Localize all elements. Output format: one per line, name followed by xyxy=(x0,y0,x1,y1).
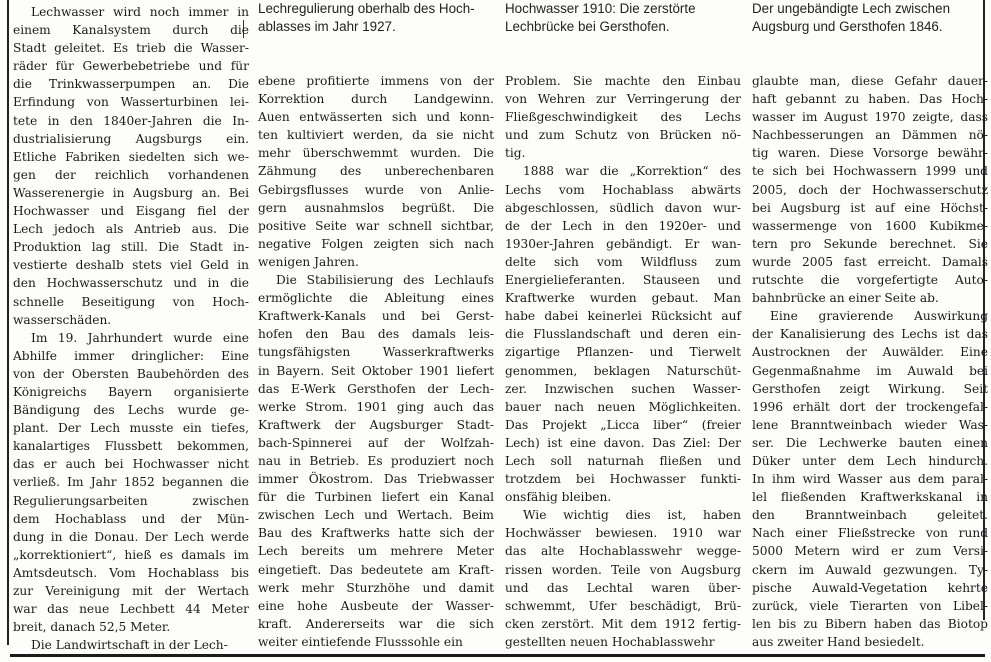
text-line: Wie wichtig dies ist, haben xyxy=(505,506,741,524)
text-line: Etliche Fabriken siedelten sich we- xyxy=(13,148,249,166)
text-line: cken zerstört. Mit dem 1912 fertig- xyxy=(505,615,741,633)
text-line: rissen worden. Teile von Augsburg xyxy=(505,561,741,579)
text-line: eingetieft. Das bedeutete am Kraft- xyxy=(258,561,494,579)
text-line: wasserschäden. xyxy=(13,311,249,329)
caption-line: Der ungebändigte Lech zwischen xyxy=(752,0,988,18)
text-line: Lech jedoch als Antrieb aus. Die xyxy=(13,220,249,238)
text-line: Wasserenergie in Augsburg an. Bei xyxy=(13,184,249,202)
text-line: wenigen Jahren. xyxy=(258,253,494,271)
text-line: werk mehr Sturzhöhe und damit xyxy=(258,579,494,597)
newspaper-clipping: Lechwasser wird noch immer ineinem Kanal… xyxy=(0,0,991,662)
text-line: rutschte die vorgefertigte Auto- xyxy=(752,271,988,289)
text-line: Austrocknen der Auwälder. Eine xyxy=(752,343,988,361)
text-line: Lech) ist eine davon. Das Ziel: Der xyxy=(505,434,741,452)
text-line: gestellten neuen Hochablasswehr xyxy=(505,633,741,651)
text-line: positive Seite war schnell sichtbar, xyxy=(258,217,494,235)
text-line: bauer nach neuen Möglichkeiten. xyxy=(505,398,741,416)
text-line: Lechs vom Hochablass abwärts xyxy=(505,181,741,199)
text-line: 2005, doch der Hochwasserschutz xyxy=(752,181,988,199)
text-line: negative Folgen zeigten sich nach xyxy=(258,235,494,253)
text-line: Lech soll naturnah fließen und xyxy=(505,452,741,470)
text-line: Nach einer Fließstrecke von rund xyxy=(752,524,988,542)
caption-line: Hochwasser 1910: Die zerstörte xyxy=(505,0,741,18)
text-line: nau in Betrieb. Es produziert noch xyxy=(258,452,494,470)
article-paragraph: Die Stabilisierung des Lechlaufsermöglic… xyxy=(258,271,494,651)
text-line: das alte Hochablasswehr wegge- xyxy=(505,542,741,560)
text-line: trotzdem bei Hochwasser funkti- xyxy=(505,470,741,488)
article-paragraph: Die Landwirtschaft in der Lech- xyxy=(13,636,249,654)
article-body-text: Lechwasser wird noch immer ineinem Kanal… xyxy=(13,0,249,654)
text-line: war das neue Lechbett 44 Meter xyxy=(13,600,249,618)
text-line: Bändigung des Lechs wurde ge- xyxy=(13,401,249,419)
text-line: den Hochwasserschutz und in die xyxy=(13,274,249,292)
text-line: Die Landwirtschaft in der Lech- xyxy=(13,636,249,654)
text-line: zer. Inzwischen suchen Wasser- xyxy=(505,380,741,398)
text-line: in Bayern. Seit Oktober 1901 liefert xyxy=(258,362,494,380)
text-line: den Branntweinbach geleitet. xyxy=(752,506,988,524)
text-line: 1888 war die „Korrektion“ des xyxy=(505,162,741,180)
text-line: Hochwässer bewiesen. 1910 war xyxy=(505,524,741,542)
article-column-4: Der ungebändigte Lech zwischenAugsburg u… xyxy=(752,0,988,651)
text-line: Im 19. Jahrhundert wurde eine xyxy=(13,329,249,347)
text-line: einem Kanalsystem durch die xyxy=(13,21,249,39)
text-line: Gegenmaßnahme im Auwald bei xyxy=(752,362,988,380)
text-line: Fließgeschwindigkeit des Lechs xyxy=(505,108,741,126)
text-line: gern ausnahmslos begrüßt. Die xyxy=(258,199,494,217)
text-line: zigartige Pflanzen- und Tierwelt xyxy=(505,343,741,361)
text-line: tig waren. Diese Vorsorge bewähr- xyxy=(752,144,988,162)
left-border-rule xyxy=(7,0,9,645)
text-line: zwischen Lech und Wertach. Beim xyxy=(258,506,494,524)
text-line: von der Obersten Baubehörden des xyxy=(13,365,249,383)
photo-caption: Lechregulierung oberhalb des Hoch-ablass… xyxy=(258,0,494,72)
caption-line: Augsburg und Gersthofen 1846. xyxy=(752,18,988,36)
text-line: abgeschlossen, südlich davon wur- xyxy=(505,199,741,217)
text-line: Bau des Kraftwerks hatte sich der xyxy=(258,524,494,542)
text-line: verließ. Im Jahr 1852 begannen die xyxy=(13,473,249,491)
text-line: Zähmung des unberechenbaren xyxy=(258,162,494,180)
text-line: lene Branntweinbach wieder Was- xyxy=(752,416,988,434)
text-line: Produktion lag still. Die Stadt in- xyxy=(13,238,249,256)
text-line: Abhilfe immer dringlicher: Eine xyxy=(13,347,249,365)
article-paragraph: Wie wichtig dies ist, habenHochwässer be… xyxy=(505,506,741,651)
text-line: räder für Gewerbebetriebe und für xyxy=(13,57,249,75)
article-paragraph: 1888 war die „Korrektion“ desLechs vom H… xyxy=(505,162,741,506)
text-line: kanalartiges Flussbett bekommen, xyxy=(13,437,249,455)
text-line: plant. Der Lech musste ein tiefes, xyxy=(13,419,249,437)
text-line: delte sich vom Wildfluss zum xyxy=(505,253,741,271)
text-line: Düker unter dem Lech hindurch. xyxy=(752,452,988,470)
text-line: die Trinkwasserpumpen an. Die xyxy=(13,75,249,93)
text-line: das E-Werk Gersthofen der Lech- xyxy=(258,380,494,398)
text-line: glaubte man, diese Gefahr dauer- xyxy=(752,72,988,90)
text-line: Gersthofen zeigt Wirkung. Seit xyxy=(752,380,988,398)
text-line: Nachbesserungen an Dämmen nö- xyxy=(752,126,988,144)
text-line: werke Strom. 1901 ging auch das xyxy=(258,398,494,416)
text-line: Stadt geleitet. Es trieb die Wasser- xyxy=(13,39,249,57)
text-line: In ihm wird Wasser aus dem paral- xyxy=(752,470,988,488)
article-column-1: Lechwasser wird noch immer ineinem Kanal… xyxy=(13,0,249,654)
text-line: bahnbrücke an einer Seite ab. xyxy=(752,289,988,307)
text-line: Energielieferanten. Stauseen und xyxy=(505,271,741,289)
text-line: Amtsdeutsch. Vom Hochablass bis xyxy=(13,564,249,582)
text-line: pische Auwald-Vegetation kehrte xyxy=(752,579,988,597)
photo-caption: Hochwasser 1910: Die zerstörteLechbrücke… xyxy=(505,0,741,72)
article-paragraph: Lechwasser wird noch immer ineinem Kanal… xyxy=(13,3,249,329)
text-line: aus zweiter Hand besiedelt. xyxy=(752,633,988,651)
article-paragraph: Problem. Sie machte den Einbauvon Wehren… xyxy=(505,72,741,162)
article-paragraph: ebene profitierte immens von derKorrekti… xyxy=(258,72,494,271)
text-line: Kraftwerk der Augsburger Stadt- xyxy=(258,416,494,434)
text-line: tig. xyxy=(505,144,741,162)
text-line: ermöglichte die Ableitung eines xyxy=(258,289,494,307)
text-line: 1930er-Jahren gebändigt. Er wan- xyxy=(505,235,741,253)
text-line: das er auch bei Hochwasser nicht xyxy=(13,455,249,473)
text-line: ser. Die Lechwerke bauten einen xyxy=(752,434,988,452)
text-line: tete in den 1840er-Jahren die In- xyxy=(13,112,249,130)
text-line: Problem. Sie machte den Einbau xyxy=(505,72,741,90)
text-line: mehr überschwemmt wurden. Die xyxy=(258,144,494,162)
text-line: für die Turbinen liefert ein Kanal xyxy=(258,488,494,506)
text-line: haft gebannt zu haben. Das Hoch- xyxy=(752,90,988,108)
article-column-3: Hochwasser 1910: Die zerstörteLechbrücke… xyxy=(505,0,741,651)
caption-line: Lechbrücke bei Gersthofen. xyxy=(505,18,741,36)
text-line: Kraftwerke wurden gebaut. Man xyxy=(505,289,741,307)
text-line: schnelle Beseitigung von Hoch- xyxy=(13,293,249,311)
article-paragraph: Eine gravierende Auswirkungder Kanalisie… xyxy=(752,307,988,651)
text-line: Die Stabilisierung des Lechlaufs xyxy=(258,271,494,289)
text-line: „korrektioniert“, hieß es damals im xyxy=(13,546,249,564)
photo-caption: Der ungebändigte Lech zwischenAugsburg u… xyxy=(752,0,988,72)
article-paragraph: Im 19. Jahrhundert wurde eineAbhilfe imm… xyxy=(13,329,249,637)
text-line: zur Vereinigung mit der Wertach xyxy=(13,582,249,600)
text-line: Lechwasser wird noch immer in xyxy=(13,3,249,21)
text-line: lel fließenden Kraftwerkskanal in xyxy=(752,488,988,506)
text-line: wassermenge von 1600 Kubikme- xyxy=(752,217,988,235)
text-line: Königreichs Bayern organisierte xyxy=(13,383,249,401)
text-line: 1996 erhält dort der trockengefal- xyxy=(752,398,988,416)
text-line: von Wehren zur Verringerung der xyxy=(505,90,741,108)
text-line: Gebirgsflusses wurde von Anlie- xyxy=(258,181,494,199)
caption-line: ablasses im Jahr 1927. xyxy=(258,18,494,36)
text-line: gen der reichlich vorhandenen xyxy=(13,166,249,184)
text-line: Hochwasser und Eisgang fiel der xyxy=(13,202,249,220)
text-line: dustrialisierung Augsburgs ein. xyxy=(13,130,249,148)
text-line: ebene profitierte immens von der xyxy=(258,72,494,90)
text-line: Lech bereits um mehrere Meter xyxy=(258,542,494,560)
text-line: tern pro Sekunde berechnet. Sie xyxy=(752,235,988,253)
text-line: schwemmt, Ufer beschädigt, Brü- xyxy=(505,597,741,615)
text-line: breit, danach 52,5 Meter. xyxy=(13,618,249,636)
text-line: die Flusslandschaft und deren ein- xyxy=(505,325,741,343)
text-line: der Kanalisierung des Lechs ist das xyxy=(752,325,988,343)
text-line: eine hohe Ausbeute der Wasser- xyxy=(258,597,494,615)
text-line: tungsfähigsten Wasserkraftwerks xyxy=(258,343,494,361)
text-line: Kraftwerk-Kanals und bei Gerst- xyxy=(258,307,494,325)
text-line: ckern im Auwald gezwungen. Ty- xyxy=(752,561,988,579)
article-column-2: Lechregulierung oberhalb des Hoch-ablass… xyxy=(258,0,494,651)
text-line: weiter eintiefende Flusssohle ein xyxy=(258,633,494,651)
text-line: Korrektion durch Landgewinn. xyxy=(258,90,494,108)
text-line: wurde 2005 fast erreicht. Damals xyxy=(752,253,988,271)
text-line: vestierte deshalb stets viel Geld in xyxy=(13,256,249,274)
text-line: ten kultiviert werden, da sie nicht xyxy=(258,126,494,144)
text-line: zurück, viele Tierarten von Libel- xyxy=(752,597,988,615)
text-line: de der Lech in den 1920er- und xyxy=(505,217,741,235)
text-line: Regulierungsarbeiten zwischen xyxy=(13,492,249,510)
text-line: Das Projekt „Licca liber“ (freier xyxy=(505,416,741,434)
text-line: immer Ökostrom. Das Triebwasser xyxy=(258,470,494,488)
text-line: te sich bei Hochwassern 1999 und xyxy=(752,162,988,180)
text-line: genommen, beklagen Naturschüt- xyxy=(505,362,741,380)
text-line: und das Lechtal waren über- xyxy=(505,579,741,597)
text-line: bei Augsburg ist auf eine Höchst- xyxy=(752,199,988,217)
bottom-border-rule xyxy=(10,654,985,657)
article-body-text: glaubte man, diese Gefahr dauer-haft geb… xyxy=(752,72,988,651)
text-line: hofen den Bau des damals leis- xyxy=(258,325,494,343)
text-line: dem Hochablass und der Mün- xyxy=(13,510,249,528)
text-line: habe dabei keinerlei Rücksicht auf xyxy=(505,307,741,325)
text-line: 5000 Metern wird er zum Versi- xyxy=(752,542,988,560)
article-body-text: ebene profitierte immens von derKorrekti… xyxy=(258,72,494,651)
caption-line: Lechregulierung oberhalb des Hoch- xyxy=(258,0,494,18)
text-line: Eine gravierende Auswirkung xyxy=(752,307,988,325)
text-line: bach-Spinnerei auf der Wolfzah- xyxy=(258,434,494,452)
text-line: wasser im August 1970 zeigte, dass xyxy=(752,108,988,126)
text-line: onsfähig bleiben. xyxy=(505,488,741,506)
text-line: Erfindung von Wasserturbinen lei- xyxy=(13,93,249,111)
text-line: Auen entwässerten sich und konn- xyxy=(258,108,494,126)
text-line: kraft. Andererseits war die sich xyxy=(258,615,494,633)
article-paragraph: glaubte man, diese Gefahr dauer-haft geb… xyxy=(752,72,988,307)
text-line: und zum Schutz von Brücken nö- xyxy=(505,126,741,144)
text-line: len bis zu Bibern haben das Biotop xyxy=(752,615,988,633)
article-body-text: Problem. Sie machte den Einbauvon Wehren… xyxy=(505,72,741,651)
text-line: dung in die Donau. Der Lech werde xyxy=(13,528,249,546)
